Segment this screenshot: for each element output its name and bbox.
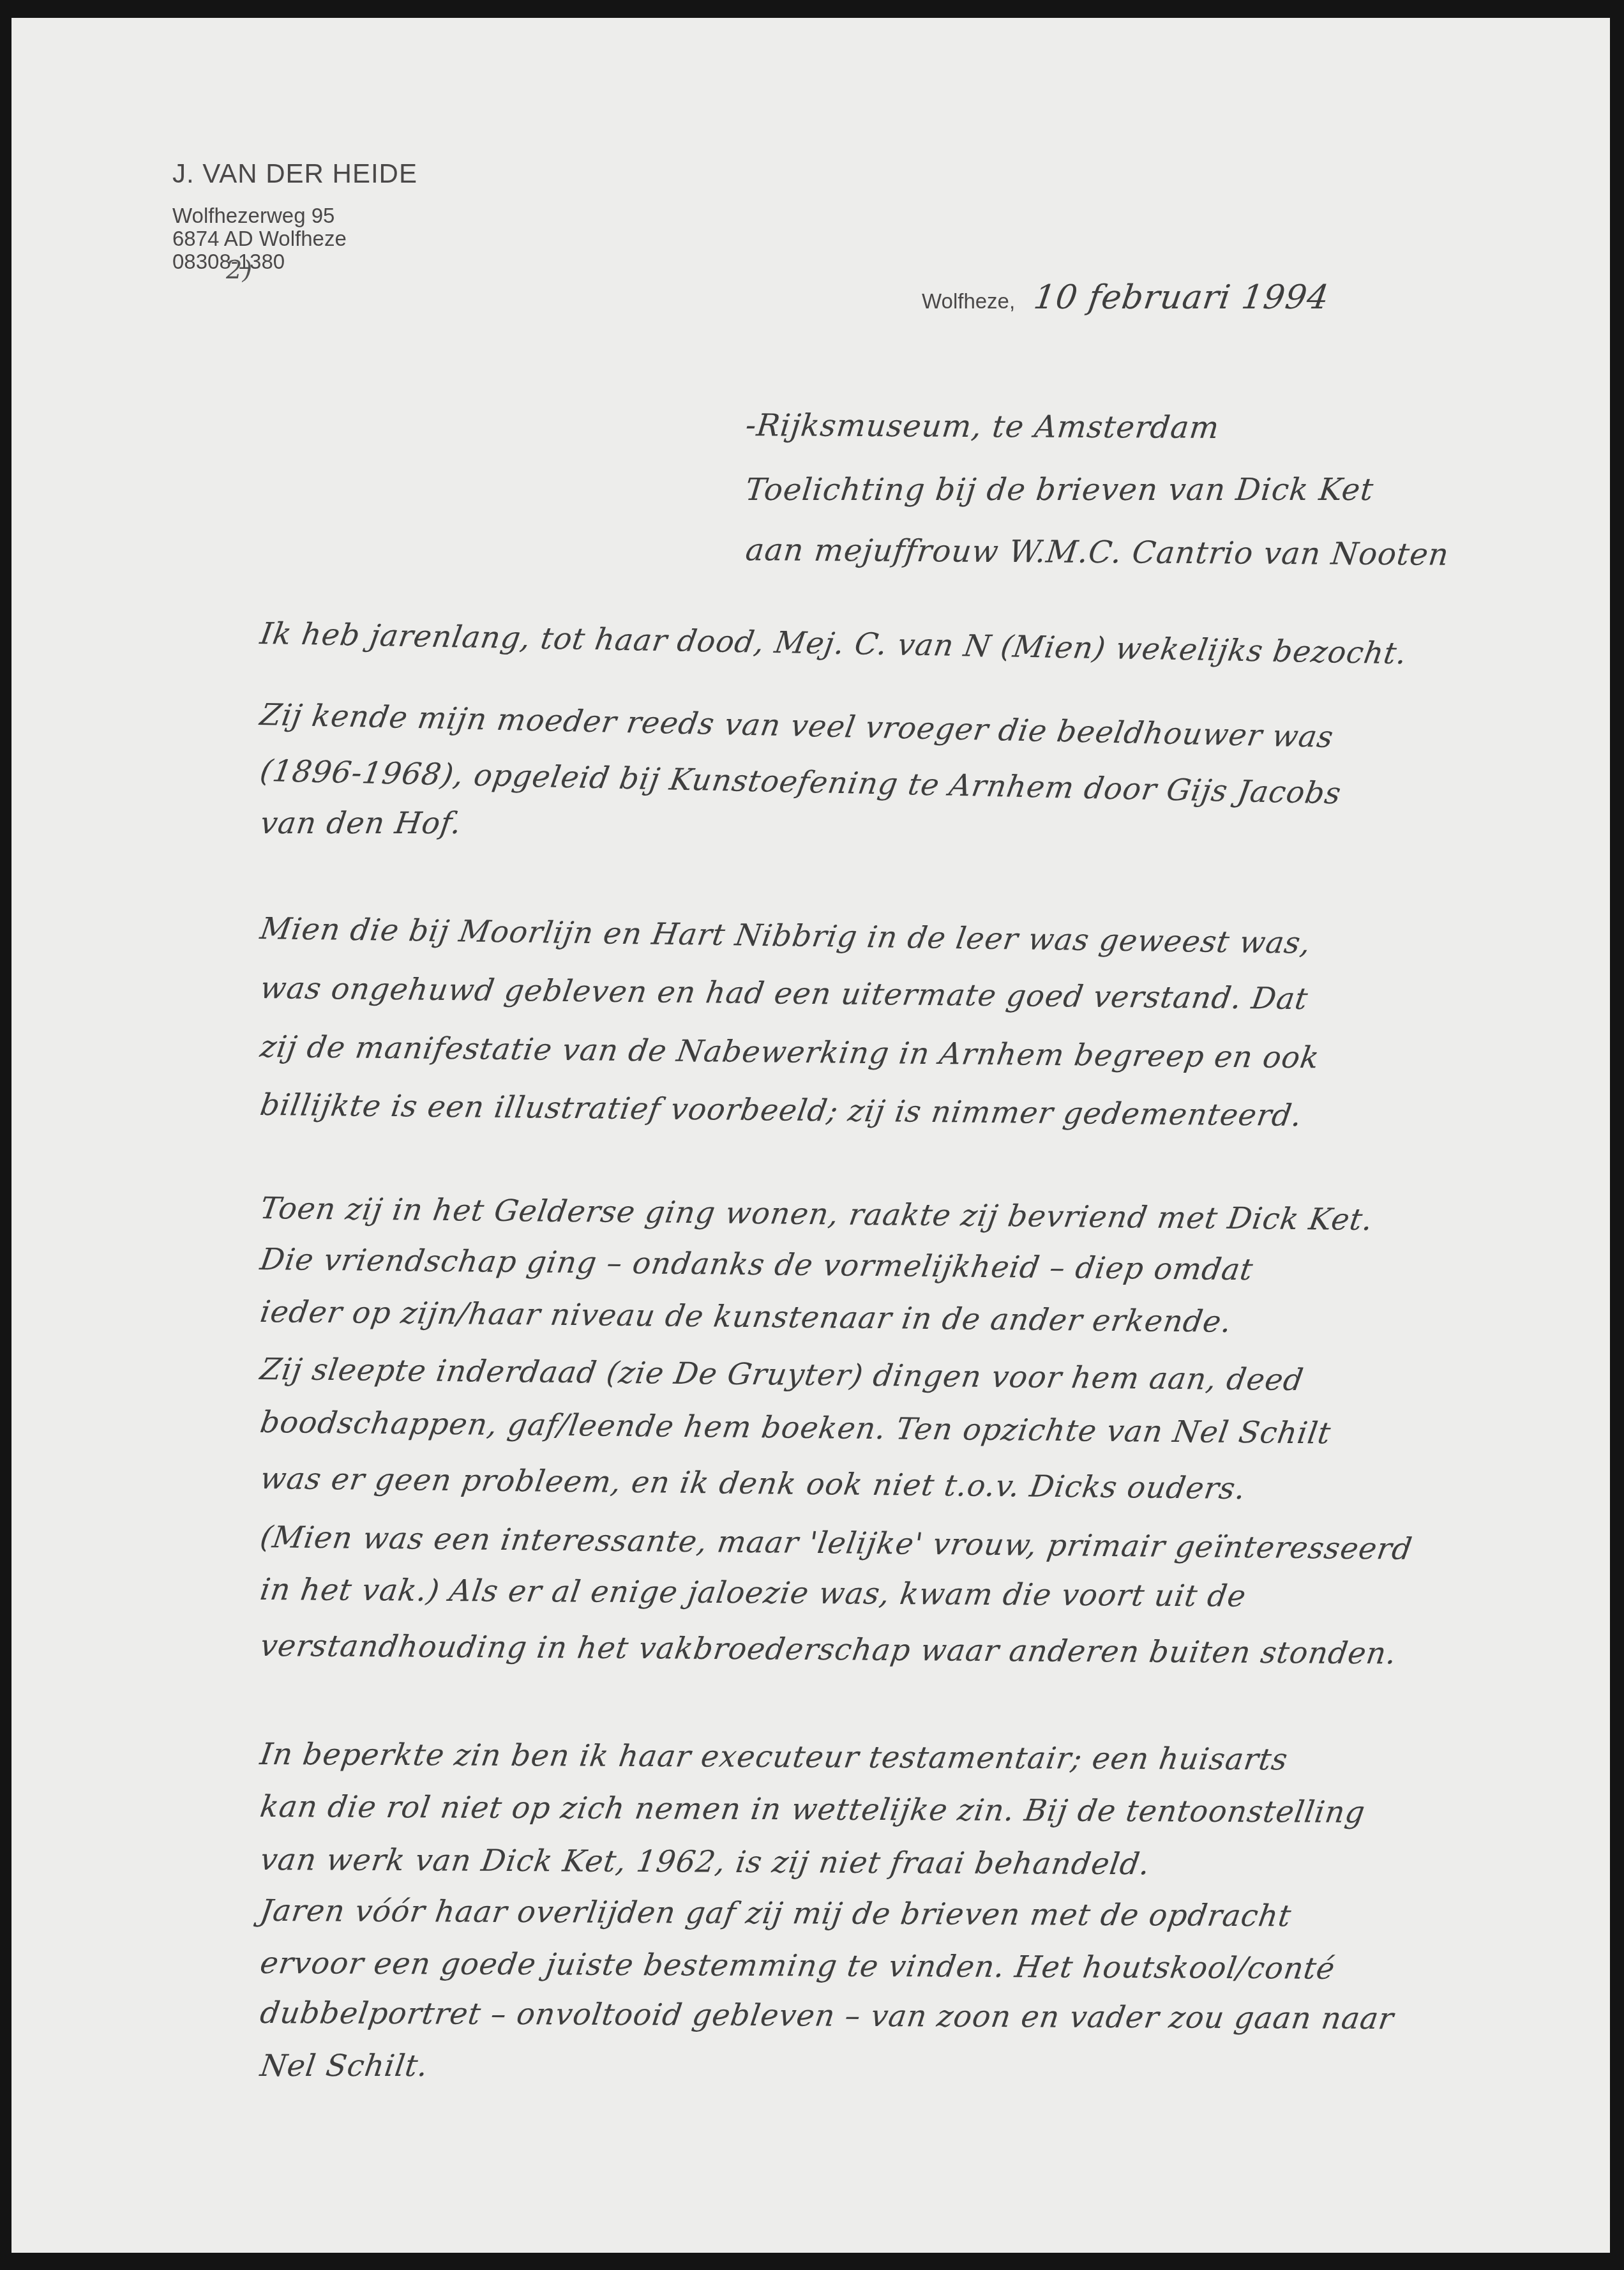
body-line: Ik heb jarenlang, tot haar dood, Mej. C.… (257, 615, 1410, 673)
body-line: kan die rol niet op zich nemen in wettel… (258, 1788, 1368, 1832)
dateline: Wolfheze, 10 februari 1994 (922, 278, 1329, 317)
body-line: Zij kende mijn moeder reeds van veel vro… (257, 696, 1336, 757)
body-line: zij de manifestatie van de Nabewerking i… (257, 1028, 1322, 1077)
sender-phone: 08308-1380 (172, 250, 417, 273)
date-place: Wolfheze, (922, 289, 1015, 314)
body-line: was er geen probleem, en ik denk ook nie… (257, 1460, 1248, 1508)
recipient-block: -Rijksmuseum, te Amsterdam Toelichting b… (746, 396, 1449, 584)
body-line: Mien die bij Moorlijn en Hart Nibbrig in… (257, 910, 1313, 963)
recipient-line: -Rijksmuseum, te Amsterdam (742, 394, 1452, 460)
body-line: ieder op zijn/haar niveau de kunstenaar … (257, 1293, 1234, 1342)
body-line: in het vak.) Als er al enige jaloezie wa… (258, 1571, 1249, 1616)
body-line: van den Hof. (258, 805, 464, 843)
date-handwritten: 10 februari 1994 (1032, 278, 1332, 317)
body-line: dubbelportret – onvoltooid gebleven – va… (258, 1994, 1397, 2038)
body-line: Die vriendschap ging – ondanks de vormel… (257, 1241, 1256, 1289)
body-line: ervoor een goede juiste bestemming te vi… (258, 1944, 1338, 1988)
letter-page: J. VAN DER HEIDE Wolfhezerweg 95 6874 AD… (11, 18, 1610, 2253)
body-line: Nel Schilt. (258, 2047, 431, 2085)
body-line: verstandhouding in het vakbroederschap w… (258, 1627, 1400, 1673)
body-line: was ongehuwd gebleven en had een uiterma… (257, 969, 1311, 1018)
sender-postcode-city: 6874 AD Wolfheze (172, 227, 417, 250)
sender-name: J. VAN DER HEIDE (172, 157, 417, 190)
recipient-line: Toelichting bij de brieven van Dick Ket (742, 458, 1453, 521)
body-line: van werk van Dick Ket, 1962, is zij niet… (258, 1841, 1153, 1884)
page-number: 2) (226, 255, 252, 285)
recipient-line: aan mejuffrouw W.M.C. Cantrio van Nooten (742, 518, 1452, 586)
body-line: billijkte is een illustratief voorbeeld;… (257, 1086, 1304, 1135)
letterhead: J. VAN DER HEIDE Wolfhezerweg 95 6874 AD… (172, 157, 417, 273)
body-line: Zij sleepte inderdaad (zie De Gruyter) d… (257, 1351, 1306, 1400)
body-line: Jaren vóór haar overlijden gaf zij mij d… (258, 1892, 1294, 1935)
sender-street: Wolfhezerweg 95 (172, 204, 417, 227)
body-line: In beperkte zin ben ik haar executeur te… (258, 1736, 1291, 1779)
body-line: Toen zij in het Gelderse ging wonen, raa… (257, 1190, 1375, 1239)
body-line: boodschappen, gaf/leende hem boeken. Ten… (257, 1404, 1334, 1453)
body-line: (Mien was een interessante, maar 'lelijk… (257, 1518, 1415, 1569)
